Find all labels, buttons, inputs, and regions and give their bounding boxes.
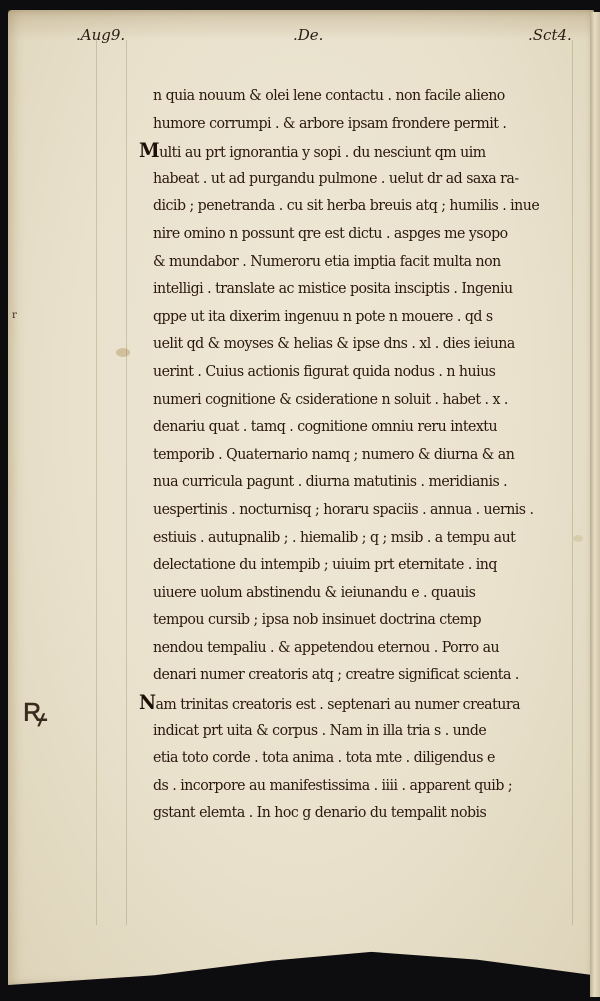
text-line: humore corrumpi . & arbore ipsam fronder… [153,110,534,138]
text-line: delectatione du intempib ; uiuim prt ete… [153,551,534,579]
ruling-line-left [96,40,97,925]
text-line: ds . incorpore au manifestissima . iiii … [153,772,534,800]
initial-letter: N [139,690,155,714]
running-head-right: .Sct4. [528,26,572,44]
ruling-line-inner [126,40,127,925]
page-edge [590,12,600,997]
text-line: gstant elemta . In hoc g denario du temp… [153,799,534,827]
text-line: intelligi . translate ac mistice posita … [153,275,534,303]
text-line: dicib ; penetranda . cu sit herba breuis… [153,192,534,220]
text-line: indicat prt uita & corpus . Nam in illa … [153,717,534,745]
text-line: temporib . Quaternario namq ; numero & d… [153,441,534,469]
initial-letter: M [139,138,159,162]
text-line: habeat . ut ad purgandu pulmone . uelut … [153,165,534,193]
text-line: uerint . Cuius actionis figurat quida no… [153,358,534,386]
text-line: uelit qd & moyses & helias & ipse dns . … [153,330,534,358]
text-line: nire omino n possunt qre est dictu . asp… [153,220,534,248]
text-line: tempou cursib ; ipsa nob insinuet doctri… [153,606,534,634]
text-line: Multi au prt ignorantia y sopi . du nesc… [139,137,533,165]
margin-nota-mark: ꝶ [22,690,48,730]
text-line: uiuere uolum abstinendu & ieiunandu e . … [153,579,534,607]
line-text: ulti au prt ignorantia y sopi . du nesci… [159,143,486,161]
text-line: & mundabor . Numeroru etia imptia facit … [153,248,534,276]
text-line: uespertinis . nocturnisq ; horaru spacii… [153,496,534,524]
text-line: etia toto corde . tota anima . tota mte … [153,744,534,772]
text-line: qppe ut ita dixerim ingenuu n pote n mou… [153,303,534,331]
text-line: nendou tempaliu . & appetendou eternou .… [153,634,534,662]
running-head-center: .De. [293,26,323,44]
manuscript-text-block: n quia nouum & olei lene contactu . non … [153,82,563,827]
text-line: n quia nouum & olei lene contactu . non … [153,82,534,110]
text-line: denari numer creatoris atq ; creatre sig… [153,661,534,689]
text-line: Nam trinitas creatoris est . septenari a… [139,689,533,717]
parchment-page: .Aug9. .De. .Sct4. r ꝶ n quia nouum & ol… [8,10,594,985]
text-line: estiuis . autupnalib ; . hiemalib ; q ; … [153,524,534,552]
stain-spot [573,535,583,542]
line-text: am trinitas creatoris est . septenari au… [155,695,520,713]
text-line: denariu quat . tamq . cognitione omniu r… [153,413,534,441]
stain-spot [116,348,130,357]
text-line: numeri cognitione & csideratione n solui… [153,386,534,414]
ruling-line-right [572,40,573,925]
manuscript-scan: .Aug9. .De. .Sct4. r ꝶ n quia nouum & ol… [0,0,600,1001]
text-line: nua curricula pagunt . diurna matutinis … [153,468,534,496]
margin-note-small: r [12,310,17,321]
running-head-left: .Aug9. [76,26,125,44]
